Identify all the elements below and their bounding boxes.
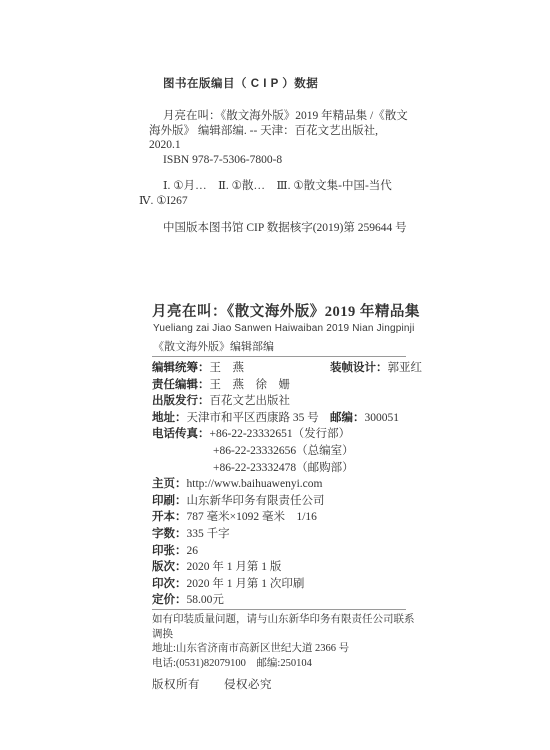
- colophon-row-continuation: +86-22-23332478（邮购部）: [152, 460, 442, 477]
- colophon-label: 责任编辑：: [152, 379, 210, 391]
- colophon-value: 2020 年 1 月第 1 版: [187, 561, 282, 573]
- colophon-label: 地址：: [152, 412, 187, 424]
- book-editor-line: 《散文海外版》编辑部编: [153, 338, 274, 354]
- colophon-label: 编辑统筹：: [152, 362, 210, 374]
- colophon-row: 印次：2020 年 1 月第 1 次印刷: [152, 576, 442, 593]
- colophon-label: 印次：: [152, 578, 187, 590]
- colophon-row: 定价：58.00元: [152, 592, 442, 609]
- colophon-label: 邮编：: [330, 412, 365, 424]
- quality-notice-line-1: 如有印装质量问题，请与山东新华印务有限责任公司联系: [152, 613, 422, 628]
- cip-record-line-1: 月亮在叫：《散文海外版》2019 年精品集 /《散文: [149, 109, 429, 124]
- colophon-value: 天津市和平区西康路 35 号: [187, 412, 319, 424]
- colophon-row: 电话传真：+86-22-23332651（发行部）: [152, 426, 442, 443]
- colophon-row: 字数：335 千字: [152, 526, 442, 543]
- colophon-label: 印刷：: [152, 495, 187, 507]
- cip-class-line-1: Ⅰ. ①月… Ⅱ. ①散… Ⅲ. ①散文集-中国-当代: [139, 179, 429, 194]
- printer-address-line: 地址:山东省济南市高新区世纪大道 2366 号: [152, 642, 422, 657]
- colophon-row: 版次：2020 年 1 月第 1 版: [152, 559, 442, 576]
- colophon-label: 开本：: [152, 511, 187, 523]
- copyright-page: 图书在版编目（ C I P ）数据 月亮在叫：《散文海外版》2019 年精品集 …: [0, 0, 550, 750]
- cip-record-line-3: 2020.1: [149, 138, 429, 153]
- colophon-row: 主页：http://www.baihuawenyi.com: [152, 476, 442, 493]
- colophon-second-pair: 邮编：300051: [330, 410, 399, 427]
- colophon-row: 编辑统筹：王 燕 装帧设计：郭亚红: [152, 360, 442, 377]
- colophon-value: 百花文艺出版社: [210, 395, 291, 407]
- colophon-value-url: http://www.baihuawenyi.com: [187, 478, 323, 490]
- horizontal-rule-top: [152, 356, 406, 357]
- horizontal-rule-bottom: [152, 609, 406, 610]
- colophon-value: 王 燕: [210, 362, 245, 374]
- colophon-value: 郭亚红: [388, 362, 423, 374]
- colophon-row-continuation: +86-22-23332656（总编室）: [152, 443, 442, 460]
- colophon-value: 王 燕 徐 姗: [210, 379, 291, 391]
- colophon-second-pair: 装帧设计：郭亚红: [330, 360, 422, 377]
- colophon-label: 定价：: [152, 594, 187, 606]
- book-title: 月亮在叫：《散文海外版》2019 年精品集: [152, 300, 420, 321]
- colophon-label: 出版发行：: [152, 395, 210, 407]
- cip-record-paragraph: 月亮在叫：《散文海外版》2019 年精品集 /《散文 海外版》 编辑部编. --…: [149, 109, 429, 167]
- colophon-row: 出版发行：百花文艺出版社: [152, 393, 442, 410]
- quality-notice-line-2: 调换: [152, 628, 422, 643]
- colophon-row: 印刷：山东新华印务有限责任公司: [152, 493, 442, 510]
- colophon-label: 版次：: [152, 561, 187, 573]
- printer-phone-line: 电话:(0531)82079100 邮编:250104: [152, 657, 422, 672]
- colophon-label: 装帧设计：: [330, 362, 388, 374]
- colophon-row: 开本：787 毫米×1092 毫米 1/16: [152, 509, 442, 526]
- colophon-value: +86-22-23332651（发行部）: [210, 428, 351, 440]
- colophon-row: 地址：天津市和平区西康路 35 号 邮编：300051: [152, 410, 442, 427]
- colophon-label: 主页：: [152, 478, 187, 490]
- cip-record-line-2: 海外版》 编辑部编. -- 天津：百花文艺出版社,: [149, 124, 429, 139]
- colophon-value: +86-22-23332478（邮购部）: [152, 462, 354, 474]
- colophon-value: 335 千字: [187, 528, 230, 540]
- colophon-value: 山东新华印务有限责任公司: [187, 495, 325, 507]
- colophon-value: 58.00元: [187, 594, 224, 606]
- cip-heading: 图书在版编目（ C I P ）数据: [163, 75, 318, 91]
- colophon-value: +86-22-23332656（总编室）: [152, 445, 354, 457]
- colophon-value: 2020 年 1 月第 1 次印刷: [187, 578, 305, 590]
- colophon-list: 编辑统筹：王 燕 装帧设计：郭亚红 责任编辑：王 燕 徐 姗 出版发行：百花文艺…: [152, 360, 442, 609]
- quality-notice: 如有印装质量问题，请与山东新华印务有限责任公司联系 调换 地址:山东省济南市高新…: [152, 613, 422, 671]
- colophon-row: 印张：26: [152, 543, 442, 560]
- isbn-line: ISBN 978-7-5306-7800-8: [149, 153, 429, 168]
- copyright-statement: 版权所有 侵权必究: [152, 676, 272, 692]
- colophon-value: 787 毫米×1092 毫米 1/16: [187, 511, 317, 523]
- book-title-pinyin: Yueliang zai Jiao Sanwen Haiwaiban 2019 …: [153, 323, 415, 334]
- cip-registry-line: 中国版本图书馆 CIP 数据核字(2019)第 259644 号: [163, 219, 407, 235]
- colophon-value: 300051: [365, 412, 400, 424]
- colophon-label: 字数：: [152, 528, 187, 540]
- colophon-label: 电话传真：: [152, 428, 210, 440]
- cip-class-line-2: Ⅳ. ①I267: [139, 194, 429, 209]
- colophon-value: 26: [187, 545, 199, 557]
- cip-classification: Ⅰ. ①月… Ⅱ. ①散… Ⅲ. ①散文集-中国-当代 Ⅳ. ①I267: [139, 179, 429, 208]
- colophon-label: 印张：: [152, 545, 187, 557]
- colophon-row: 责任编辑：王 燕 徐 姗: [152, 377, 442, 394]
